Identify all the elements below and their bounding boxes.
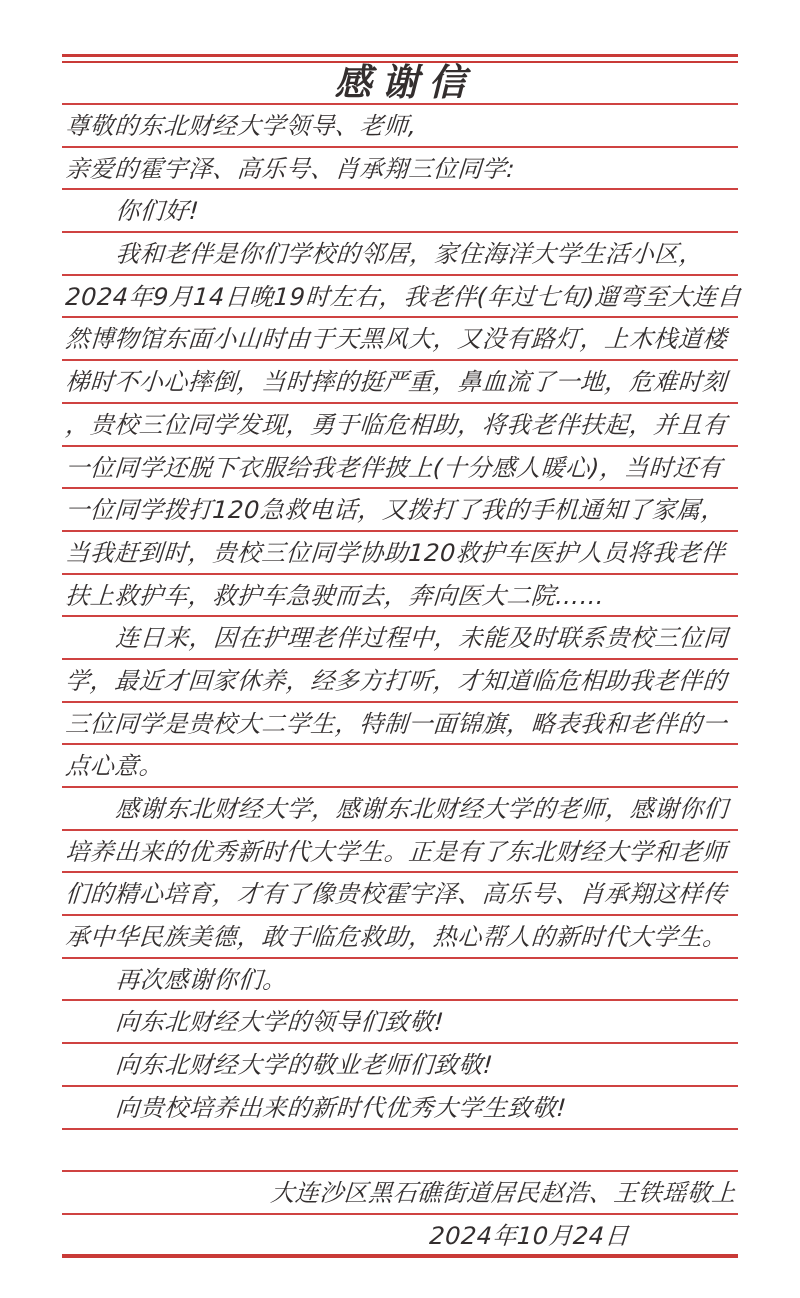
letter-line: 向贵校培养出来的新时代优秀大学生致敬!: [62, 1087, 738, 1130]
letter-line-text: 扶上救护车，救护车急驶而去，奔向医大二院……: [64, 575, 606, 617]
letter-line: ，贵校三位同学发现，勇于临危相助，将我老伴扶起，并且有: [62, 404, 738, 447]
letter-line-text: 向东北财经大学的敬业老师们致敬!: [114, 1044, 495, 1086]
letter-line-text: 向贵校培养出来的新时代优秀大学生致敬!: [114, 1087, 568, 1129]
letter-line-text: 再次感谢你们。: [114, 959, 288, 1001]
letter-line-text: 一位同学还脱下衣服给我老伴披上(十分感人暖心)，当时还有: [64, 447, 724, 489]
letter-line-text: 你们好!: [114, 190, 201, 232]
letter-line-text: 点心意。: [64, 745, 165, 787]
letter-line-text: 向东北财经大学的领导们致敬!: [114, 1001, 446, 1043]
letter-line-text: 梯时不小心摔倒，当时摔的挺严重，鼻血流了一地，危难时刻: [64, 361, 728, 403]
letter-body: 尊敬的东北财经大学领导、老师,亲爱的霍宇泽、高乐号、肖承翔三位同学:你们好!我和…: [62, 105, 738, 1258]
letter-line-text: 2024年10月24日: [428, 1215, 631, 1257]
letter-line-text: 亲爱的霍宇泽、高乐号、肖承翔三位同学:: [64, 148, 517, 190]
letter-line: 们的精心培育，才有了像贵校霍宇泽、高乐号、肖承翔这样传: [62, 873, 738, 916]
letter-line-text: 们的精心培育，才有了像贵校霍宇泽、高乐号、肖承翔这样传: [64, 873, 728, 915]
top-rule-thick: [62, 54, 738, 57]
letter-page: 感谢信 尊敬的东北财经大学领导、老师,亲爱的霍宇泽、高乐号、肖承翔三位同学:你们…: [0, 0, 800, 1298]
letter-line: 点心意。: [62, 745, 738, 788]
letter-line: 三位同学是贵校大二学生，特制一面锦旗，略表我和老伴的一: [62, 703, 738, 746]
letter-line: 向东北财经大学的敬业老师们致敬!: [62, 1044, 738, 1087]
letter-line: 连日来，因在护理老伴过程中，未能及时联系贵校三位同: [62, 617, 738, 660]
letter-line: 2024年10月24日: [62, 1215, 738, 1258]
letter-line: 感谢东北财经大学，感谢东北财经大学的老师，感谢你们: [62, 788, 738, 831]
letter-line-text: 我和老伴是你们学校的邻居，家住海洋大学生活小区，: [114, 233, 705, 275]
letter-line: 向东北财经大学的领导们致敬!: [62, 1001, 738, 1044]
letter-line: 2024年9月14日晚19时左右，我老伴(年过七旬)遛弯至大连自: [62, 276, 738, 319]
letter-line-text: 感谢东北财经大学，感谢东北财经大学的老师，感谢你们: [114, 788, 729, 830]
letter-line: 尊敬的东北财经大学领导、老师,: [62, 105, 738, 148]
letter-sheet: 感谢信 尊敬的东北财经大学领导、老师,亲爱的霍宇泽、高乐号、肖承翔三位同学:你们…: [62, 54, 738, 1258]
letter-line: [62, 1130, 738, 1173]
letter-line: 一位同学还脱下衣服给我老伴披上(十分感人暖心)，当时还有: [62, 447, 738, 490]
letter-line: 大连沙区黑石礁街道居民赵浩、王铁瑶敬上: [62, 1172, 738, 1215]
letter-line: 我和老伴是你们学校的邻居，家住海洋大学生活小区，: [62, 233, 738, 276]
letter-line: 一位同学拨打120急救电话，又拨打了我的手机通知了家属，: [62, 489, 738, 532]
letter-line-text: 大连沙区黑石礁街道居民赵浩、王铁瑶敬上: [269, 1172, 737, 1214]
letter-line-text: 尊敬的东北财经大学领导、老师,: [64, 105, 418, 147]
letter-line-text: 2024年9月14日晚19时左右，我老伴(年过七旬)遛弯至大连自: [64, 276, 743, 318]
letter-line-text: 连日来，因在护理老伴过程中，未能及时联系贵校三位同: [114, 617, 729, 659]
letter-line-text: 一位同学拨打120急救电话，又拨打了我的手机通知了家属，: [64, 489, 727, 531]
letter-title-row: 感谢信: [62, 63, 738, 105]
letter-line-text: 然博物馆东面小山时由于天黑风大，又没有路灯，上木栈道楼: [64, 318, 728, 360]
letter-line: 扶上救护车，救护车急驶而去，奔向医大二院……: [62, 575, 738, 618]
letter-line-text: 承中华民族美德，敢于临危救助，热心帮人的新时代大学生。: [64, 916, 728, 958]
letter-line-text: 当我赶到时，贵校三位同学协助120救护车医护人员将我老伴: [64, 532, 727, 574]
letter-line-text: ，贵校三位同学发现，勇于临危相助，将我老伴扶起，并且有: [64, 404, 728, 446]
letter-line: 学，最近才回家休养，经多方打听，才知道临危相助我老伴的: [62, 660, 738, 703]
letter-line: 培养出来的优秀新时代大学生。正是有了东北财经大学和老师: [62, 831, 738, 874]
letter-line-text: 学，最近才回家休养，经多方打听，才知道临危相助我老伴的: [64, 660, 728, 702]
letter-line: 亲爱的霍宇泽、高乐号、肖承翔三位同学:: [62, 148, 738, 191]
letter-line: 然博物馆东面小山时由于天黑风大，又没有路灯，上木栈道楼: [62, 318, 738, 361]
page-title: 感谢信: [325, 63, 476, 103]
letter-line: 你们好!: [62, 190, 738, 233]
letter-line-text: 三位同学是贵校大二学生，特制一面锦旗，略表我和老伴的一: [64, 703, 728, 745]
letter-line-text: 培养出来的优秀新时代大学生。正是有了东北财经大学和老师: [64, 831, 728, 873]
letter-line: 承中华民族美德，敢于临危救助，热心帮人的新时代大学生。: [62, 916, 738, 959]
letter-line: 当我赶到时，贵校三位同学协助120救护车医护人员将我老伴: [62, 532, 738, 575]
letter-line: 梯时不小心摔倒，当时摔的挺严重，鼻血流了一地，危难时刻: [62, 361, 738, 404]
letter-line: 再次感谢你们。: [62, 959, 738, 1002]
